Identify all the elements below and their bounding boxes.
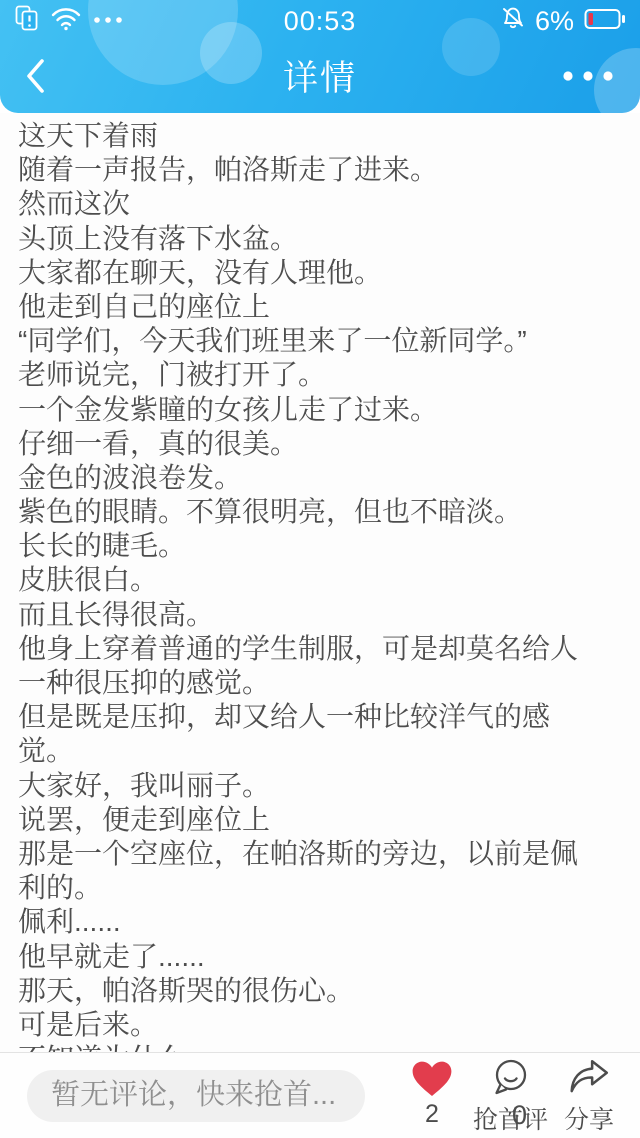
story-text-line: 老师说完，门被打开了。	[18, 358, 622, 392]
comment-count: 0	[512, 1100, 527, 1131]
heart-icon	[410, 1056, 454, 1098]
sim-alert-icon	[14, 5, 40, 37]
story-text-line: 利的。	[18, 871, 622, 905]
battery-percent: 6%	[535, 6, 574, 37]
story-text-line: 他走到自己的座位上	[18, 290, 622, 324]
back-chevron-icon	[24, 57, 46, 95]
story-text-line: 那天，帕洛斯哭的很伤心。	[18, 974, 622, 1008]
share-label: 分享	[564, 1100, 614, 1136]
story-text-line: 不知道为什么	[18, 1042, 622, 1052]
story-text-line: 仔细一看，真的很美。	[18, 427, 622, 461]
status-bar: 00:53 6%	[0, 0, 640, 36]
story-text-line: 而且长得很高。	[18, 598, 622, 632]
story-text-line: 金色的波浪卷发。	[18, 461, 622, 495]
like-count: 2	[425, 1100, 439, 1129]
more-dots-icon	[92, 12, 128, 30]
comment-bubble-icon	[489, 1056, 531, 1098]
story-text-line: 然而这次	[18, 187, 622, 221]
top-blue-panel: 00:53 6% 详	[0, 0, 640, 113]
ellipsis-menu-icon	[560, 70, 616, 82]
story-text-line: 皮肤很白。	[18, 563, 622, 597]
status-time: 00:53	[214, 6, 426, 37]
battery-icon	[584, 6, 626, 37]
first-comment-label: 抢首评 0	[473, 1100, 548, 1136]
story-text-line: 一种很压抑的感觉。	[18, 666, 622, 700]
menu-button[interactable]	[556, 70, 616, 82]
story-text-line: 可是后来。	[18, 1008, 622, 1042]
story-text-line: 大家好，我叫丽子。	[18, 769, 622, 803]
story-text-line: 一个金发紫瞳的女孩儿走了过来。	[18, 393, 622, 427]
header-bar: 详情	[0, 44, 640, 108]
wifi-icon	[50, 6, 82, 37]
story-text-line: 他身上穿着普通的学生制服，可是却莫名给人	[18, 632, 622, 666]
share-button[interactable]: 分享	[554, 1056, 624, 1136]
comment-input[interactable]	[27, 1070, 365, 1122]
story-text-line: 他早就走了......	[18, 940, 622, 974]
story-text-line: 佩利......	[18, 905, 622, 939]
like-button[interactable]: 2	[397, 1056, 467, 1136]
story-text-line: 觉。	[18, 734, 622, 768]
story-text-line: 长长的睫毛。	[18, 529, 622, 563]
story-text-line: 紫色的眼睛。不算很明亮，但也不暗淡。	[18, 495, 622, 529]
story-text-line: 但是既是压抑，却又给人一种比较洋气的感	[18, 700, 622, 734]
story-text-line: “同学们，今天我们班里来了一位新同学。”	[18, 324, 622, 358]
mute-bell-icon	[499, 4, 527, 39]
story-text-line: 大家都在聊天，没有人理他。	[18, 256, 622, 290]
bottom-comment-bar: 2 抢首评 0 分享	[0, 1052, 640, 1138]
story-text-line: 说罢，便走到座位上	[18, 803, 622, 837]
share-arrow-icon	[567, 1056, 611, 1098]
story-text-line: 这天下着雨	[18, 119, 622, 153]
back-button[interactable]	[24, 57, 84, 95]
story-content[interactable]: 这天下着雨随着一声报告，帕洛斯走了进来。然而这次头顶上没有落下水盆。大家都在聊天…	[0, 113, 640, 1052]
page-title: 详情	[84, 51, 556, 101]
story-text-line: 头顶上没有落下水盆。	[18, 222, 622, 256]
first-comment-button[interactable]: 抢首评 0	[473, 1056, 548, 1136]
story-text-line: 随着一声报告，帕洛斯走了进来。	[18, 153, 622, 187]
story-text-line: 那是一个空座位，在帕洛斯的旁边，以前是佩	[18, 837, 622, 871]
